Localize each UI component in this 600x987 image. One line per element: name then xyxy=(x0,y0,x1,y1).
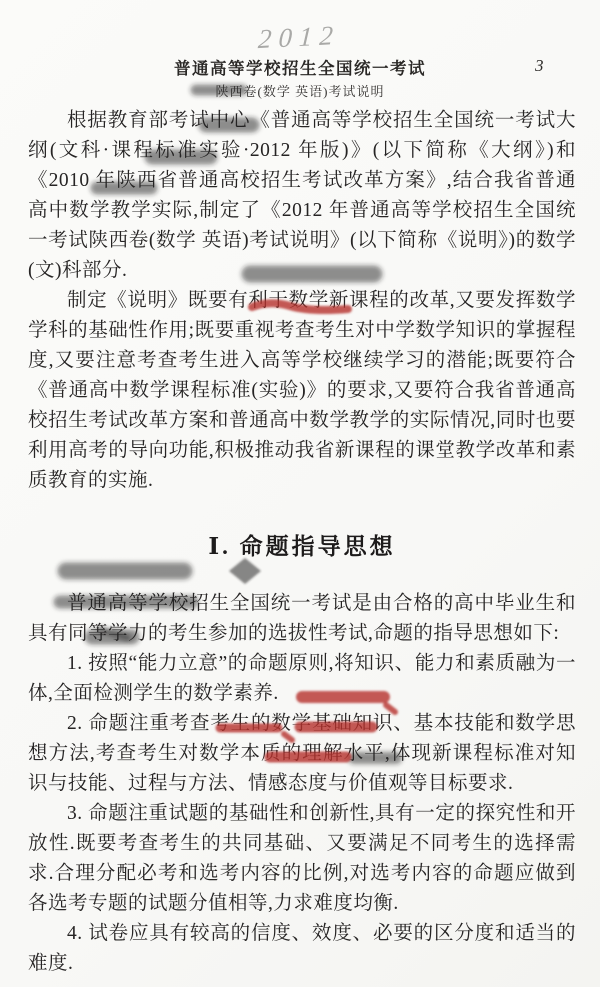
document-body: 根据教育部考试中心《普通高等学校招生全国统一考试大纲(文科·课程标准实验·201… xyxy=(28,106,576,979)
list-item-1: 1. 按照“能力立意”的命题原则,将知识、能力和素质融为一体,全面检测学生的数学… xyxy=(28,649,576,709)
page-number: 3 xyxy=(535,56,544,76)
paragraph-intro-2: 制定《说明》既要有利于数学新课程的改革,又要发挥数学学科的基础性作用;既要重视考… xyxy=(28,286,576,496)
paragraph-intro-1: 根据教育部考试中心《普通高等学校招生全国统一考试大纲(文科·课程标准实验·201… xyxy=(28,106,576,286)
paragraph-section-intro: 普通高等学校招生全国统一考试是由合格的高中毕业生和具有同等学力的考生参加的选拔性… xyxy=(28,589,576,649)
section-heading: Ⅰ. 命题指导思想 xyxy=(28,532,576,562)
list-item-3: 3. 命题注重试题的基础性和创新性,具有一定的探究性和开放性.既要考查考生的共同… xyxy=(28,799,576,919)
handwritten-year-watermark: 2012 xyxy=(257,20,341,55)
document-title: 普通高等学校招生全国统一考试 xyxy=(0,55,600,79)
running-header: 普通高等学校招生全国统一考试 陕西卷(数学 英语)考试说明 xyxy=(0,55,600,100)
document-subtitle: 陕西卷(数学 英语)考试说明 xyxy=(0,81,600,100)
list-item-4: 4. 试卷应具有较高的信度、效度、必要的区分度和适当的难度. xyxy=(28,919,576,979)
scanned-document-page: 2012 普通高等学校招生全国统一考试 陕西卷(数学 英语)考试说明 3 根据教… xyxy=(0,0,600,987)
list-item-2: 2. 命题注重考查考生的数学基础知识、基本技能和数学思想方法,考查考生对数学本质… xyxy=(28,709,576,799)
